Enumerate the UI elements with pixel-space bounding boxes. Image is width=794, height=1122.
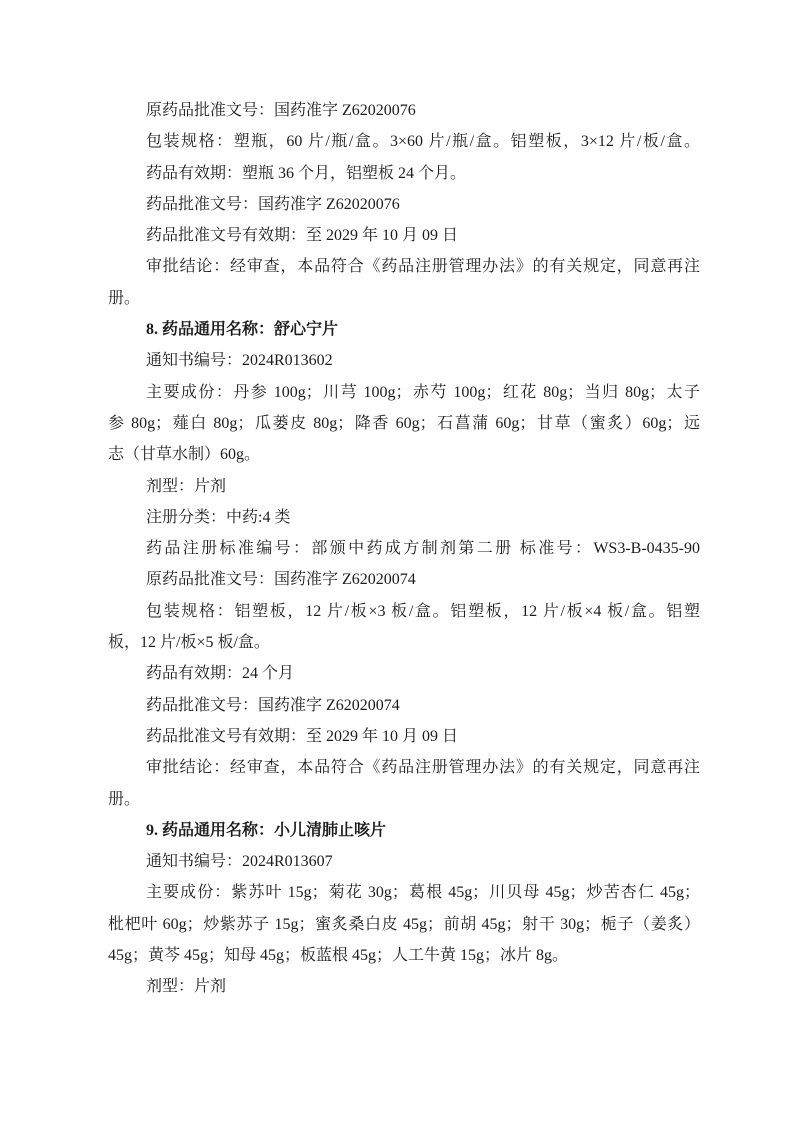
doc-line: 包装规格：塑瓶，60 片/瓶/盒。3×60 片/瓶/盒。铝塑板，3×12 片/板…: [108, 126, 700, 157]
doc-line: 志（甘草水制）60g。: [108, 439, 700, 470]
doc-line: 剂型：片剂: [108, 471, 700, 502]
doc-line: 药品有效期：塑瓶 36 个月，铝塑板 24 个月。: [108, 158, 700, 189]
doc-line: 原药品批准文号：国药准字 Z62020074: [108, 564, 700, 595]
doc-line: 通知书编号：2024R013602: [108, 345, 700, 376]
doc-line: 册。: [108, 784, 700, 815]
doc-line: 药品注册标准编号：部颁中药成方制剂第二册 标准号：WS3-B-0435-90: [108, 533, 700, 564]
doc-line: 枇杷叶 60g；炒紫苏子 15g；蜜炙桑白皮 45g；前胡 45g；射干 30g…: [108, 909, 700, 940]
doc-line: 参 80g；薤白 80g；瓜蒌皮 80g；降香 60g；石菖蒲 60g；甘草（蜜…: [108, 408, 700, 439]
doc-line: 剂型：片剂: [108, 971, 700, 1002]
page-content: 原药品批准文号：国药准字 Z62020076 包装规格：塑瓶，60 片/瓶/盒。…: [108, 95, 700, 1003]
doc-line: 注册分类：中药:4 类: [108, 502, 700, 533]
document-page: 原药品批准文号：国药准字 Z62020076 包装规格：塑瓶，60 片/瓶/盒。…: [0, 0, 794, 1122]
doc-line: 板，12 片/板×5 板/盒。: [108, 627, 700, 658]
doc-line: 通知书编号：2024R013607: [108, 846, 700, 877]
doc-line: 药品有效期：24 个月: [108, 658, 700, 689]
doc-line: 45g；黄芩 45g；知母 45g；板蓝根 45g；人工牛黄 15g；冰片 8g…: [108, 940, 700, 971]
doc-line: 包装规格：铝塑板，12 片/板×3 板/盒。铝塑板，12 片/板×4 板/盒。铝…: [108, 596, 700, 627]
section-heading: 9. 药品通用名称：小儿清肺止咳片: [108, 815, 700, 846]
doc-line: 主要成份：紫苏叶 15g；菊花 30g；葛根 45g；川贝母 45g；炒苦杏仁 …: [108, 877, 700, 908]
doc-line: 药品批准文号有效期：至 2029 年 10 月 09 日: [108, 721, 700, 752]
doc-line: 原药品批准文号：国药准字 Z62020076: [108, 95, 700, 126]
doc-line: 药品批准文号有效期：至 2029 年 10 月 09 日: [108, 220, 700, 251]
section-heading: 8. 药品通用名称：舒心宁片: [108, 314, 700, 345]
doc-line: 药品批准文号：国药准字 Z62020074: [108, 690, 700, 721]
doc-line: 主要成份：丹参 100g；川芎 100g；赤芍 100g；红花 80g；当归 8…: [108, 377, 700, 408]
doc-line: 审批结论：经审查，本品符合《药品注册管理办法》的有关规定，同意再注: [108, 251, 700, 282]
doc-line: 册。: [108, 283, 700, 314]
doc-line: 药品批准文号：国药准字 Z62020076: [108, 189, 700, 220]
doc-line: 审批结论：经审查，本品符合《药品注册管理办法》的有关规定，同意再注: [108, 752, 700, 783]
